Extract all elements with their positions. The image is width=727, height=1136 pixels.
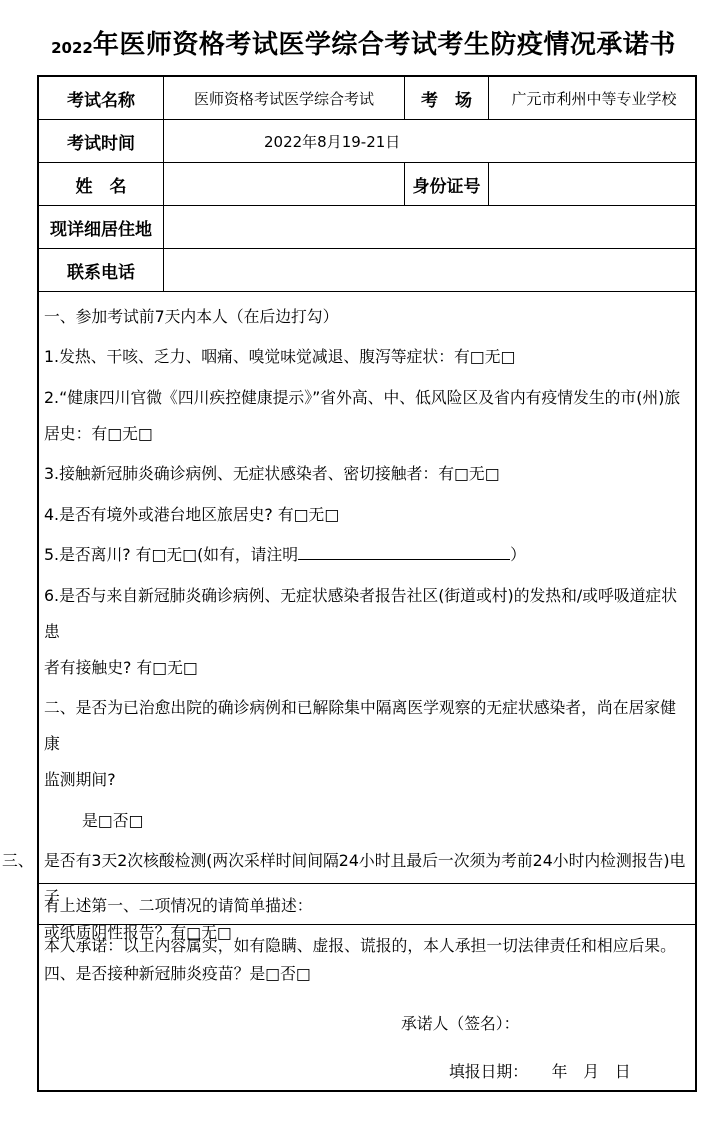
exam-time-label: 考试时间 [39,120,164,162]
name-label: 姓 名 [39,163,164,205]
item-left-sichuan-close: ） [510,545,526,564]
address-value-field [164,206,695,248]
phone-value-field [164,249,695,291]
item-travel-risk-areas: 2.“健康四川官微《四川疾控健康提示》”省外高、中、低风险区及省内有疫情发生的市… [44,380,691,452]
form-table: 考试名称 医师资格考试医学综合考试 考 场 广元市利州中等专业学校 考试时间 2… [37,75,697,1092]
id-number-label: 身份证号 [405,163,489,205]
section1-heading: 一、参加考试前7天内本人（在后边打勾） [44,299,691,335]
venue-label: 考 场 [405,77,489,119]
page-title: 2022年医师资格考试医学综合考试考生防疫情况承诺书 [0,24,727,61]
note-blank-line [298,546,510,560]
promise-row: 本人承诺：以上内容属实，如有隐瞒、虚报、谎报的，本人承担一切法律责任和相应后果。… [39,925,695,1090]
signer-label: 承诺人（签名）： [401,1011,519,1034]
item-contact-cases: 3.接触新冠肺炎确诊病例、无症状感染者、密切接触者：有□无□ [44,456,691,492]
address-label: 现详细居住地 [39,206,164,248]
phone-label: 联系电话 [39,249,164,291]
item-left-sichuan-text: 5.是否离川? 有□无□(如有，请注明 [44,545,298,564]
row-exam-time: 考试时间 2022年8月19-21日 [39,120,695,163]
title-year: 2022 [51,39,93,57]
declaration-body: 一、参加考试前7天内本人（在后边打勾） 1.发热、干咳、乏力、咽痛、嗅觉味觉减退… [39,292,695,884]
title-text: 年医师资格考试医学综合考试考生防疫情况承诺书 [93,30,676,60]
promise-statement: 本人承诺：以上内容属实，如有隐瞒、虚报、谎报的，本人承担一切法律责任和相应后果。 [44,933,691,956]
item-symptoms: 1.发热、干咳、乏力、咽痛、嗅觉味觉减退、腹泻等症状：有□无□ [44,339,691,375]
row-address: 现详细居住地 [39,206,695,249]
fill-date-label: 填报日期： 年 月 日 [449,1059,631,1082]
commitment-form-page: 2022年医师资格考试医学综合考试考生防疫情况承诺书 考试名称 医师资格考试医学… [0,0,727,1136]
section2-answer: 是□否□ [44,803,691,839]
exam-time-value: 2022年8月19-21日 [164,120,695,162]
exam-name-value: 医师资格考试医学综合考试 [164,77,405,119]
item-overseas-travel: 4.是否有境外或港台地区旅居史? 有□无□ [44,497,691,533]
id-number-value-field [489,163,699,205]
section3-marker: 三、 [2,843,34,879]
row-name-id: 姓 名 身份证号 [39,163,695,206]
item-left-sichuan: 5.是否离川? 有□无□(如有，请注明） [44,537,691,573]
row-exam-name: 考试名称 医师资格考试医学综合考试 考 场 广元市利州中等专业学校 [39,77,695,120]
exam-name-label: 考试名称 [39,77,164,119]
item-contact-community: 6.是否与来自新冠肺炎确诊病例、无症状感染者报告社区(街道或村)的发热和/或呼吸… [44,578,691,686]
name-value-field [164,163,405,205]
section2-question: 二、是否为已治愈出院的确诊病例和已解除集中隔离医学观察的无症状感染者，尚在居家健… [44,690,691,798]
venue-value: 广元市利州中等专业学校 [489,77,699,119]
row-phone: 联系电话 [39,249,695,292]
